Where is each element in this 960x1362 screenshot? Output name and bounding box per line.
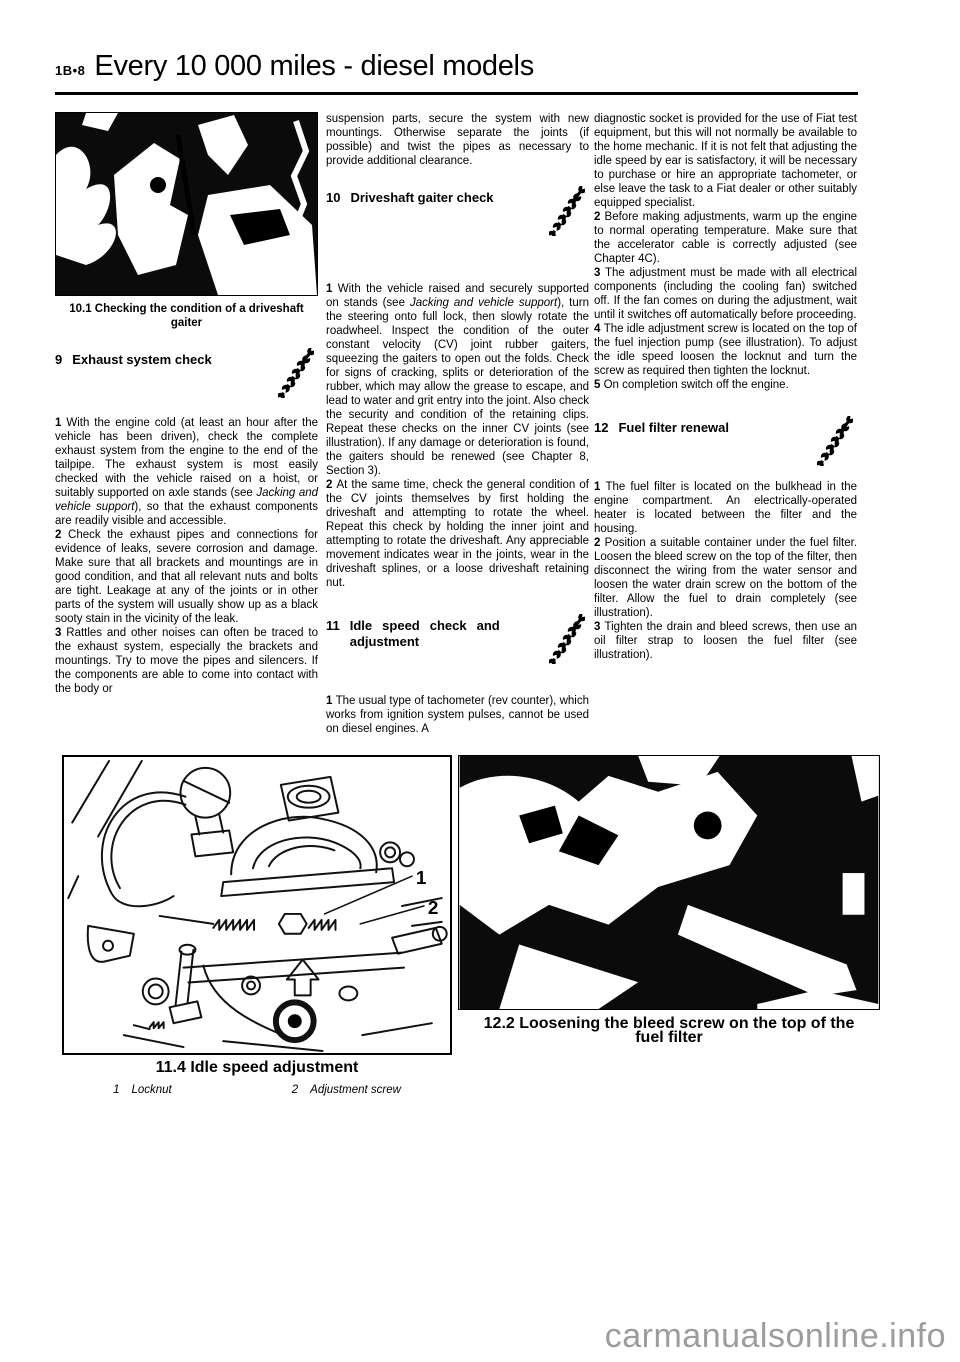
paragraph: 5 On completion switch off the engine. — [594, 378, 857, 392]
driveshaft-gaiter-photo — [56, 113, 317, 295]
photo-12-2-image — [458, 755, 880, 1010]
section-title: Fuel filter renewal — [618, 420, 729, 436]
paragraph: 2 Check the exhaust pipes and connection… — [55, 528, 318, 626]
section-heading-11: 11 Idle speed check and adjustment — [326, 618, 589, 650]
paragraph: 4 The idle adjustment screw is located o… — [594, 322, 857, 378]
section-heading-12: 12 Fuel filter renewal — [594, 420, 857, 436]
figure-11-4-key: 1Locknut 2Adjustment screw — [62, 1084, 452, 1096]
section-heading-9: 9 Exhaust system check — [55, 352, 318, 368]
paragraph: 2 At the same time, check the general co… — [326, 478, 589, 590]
paragraph: 3 Tighten the drain and bleed screws, th… — [594, 620, 857, 662]
page-header: 1B•8 Every 10 000 miles - diesel models — [55, 50, 858, 95]
figure-10-1-caption: 10.1 Checking the condition of a drivesh… — [65, 302, 308, 330]
watermark: carmanualsonline.info — [605, 1317, 946, 1356]
section-title: Idle speed check and adjustment — [350, 618, 500, 650]
section-number: 12 — [594, 420, 608, 436]
idle-speed-drawing: 1 2 — [62, 755, 452, 1055]
photo-10-1-image — [55, 112, 318, 296]
spanner-rating-icon — [817, 416, 853, 470]
paragraph: 1 The fuel filter is located on the bulk… — [594, 480, 857, 536]
section-number: 11 — [326, 618, 340, 650]
key-item: 2Adjustment screw — [292, 1084, 401, 1096]
injection-pump-line-drawing: 1 2 — [64, 757, 450, 1053]
section-heading-10: 10 Driveshaft gaiter check — [326, 190, 589, 206]
spanner-rating-icon — [549, 614, 585, 668]
section-number: 10 — [326, 190, 340, 206]
column-right: diagnostic socket is provided for the us… — [594, 112, 857, 662]
paragraph: diagnostic socket is provided for the us… — [594, 112, 857, 210]
paragraph: 2 Before making adjustments, warm up the… — [594, 210, 857, 266]
figure-11-4: 1 2 — [62, 755, 452, 1096]
column-left: 10.1 Checking the condition of a drivesh… — [55, 112, 318, 696]
key-item: 1Locknut — [113, 1084, 172, 1096]
section-number: 9 — [55, 352, 62, 368]
figure-11-4-caption: 11.4 Idle speed adjustment — [72, 1061, 442, 1075]
section-title: Exhaust system check — [72, 352, 211, 368]
paragraph: 1 The usual type of tachometer (rev coun… — [326, 694, 589, 736]
callout-1-label: 1 — [416, 867, 427, 888]
section-title: Driveshaft gaiter check — [350, 190, 493, 206]
figure-12-2-caption: 12.2 Loosening the bleed screw on the to… — [468, 1017, 870, 1045]
key-label: Adjustment screw — [310, 1084, 401, 1096]
paragraph: 1 With the engine cold (at least an hour… — [55, 416, 318, 528]
key-label: Locknut — [131, 1084, 171, 1096]
paragraph: 1 With the vehicle raised and securely s… — [326, 282, 589, 478]
paragraph: suspension parts, secure the system with… — [326, 112, 589, 168]
manual-page: 1B•8 Every 10 000 miles - diesel models — [0, 0, 960, 1362]
key-number: 2 — [292, 1084, 298, 1096]
fuel-filter-photo — [459, 756, 879, 1009]
page-code: 1B•8 — [55, 63, 85, 78]
key-number: 1 — [113, 1084, 119, 1096]
figure-12-2: 12.2 Loosening the bleed screw on the to… — [458, 755, 880, 1045]
spanner-rating-icon — [549, 186, 585, 240]
figure-10-1: 10.1 Checking the condition of a drivesh… — [55, 112, 318, 330]
column-middle: suspension parts, secure the system with… — [326, 112, 589, 736]
paragraph: 3 Rattles and other noises can often be … — [55, 626, 318, 696]
paragraph: 3 The adjustment must be made with all e… — [594, 266, 857, 322]
page-title: Every 10 000 miles - diesel models — [94, 50, 534, 83]
spanner-rating-icon — [278, 348, 314, 402]
paragraph: 2 Position a suitable container under th… — [594, 536, 857, 620]
